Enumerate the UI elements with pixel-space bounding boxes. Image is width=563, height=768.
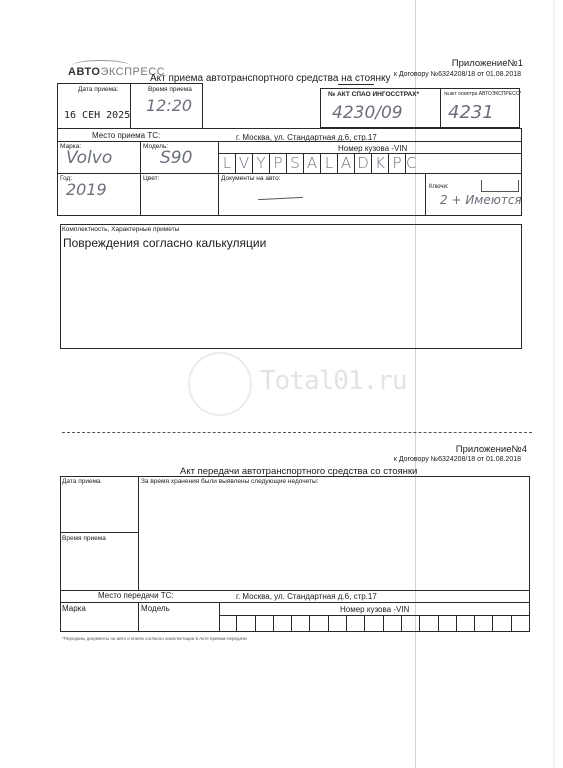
date-stamp[interactable]: 16 СЕН 2025	[64, 110, 130, 121]
brand-value[interactable]: Volvo	[66, 148, 112, 168]
vin-label: Номер кузова -VIN	[338, 144, 407, 153]
vin-char-cell[interactable]: L	[219, 154, 236, 173]
vin-char-cell[interactable]	[274, 616, 292, 632]
cut-line	[62, 432, 532, 433]
release-vin-input-row[interactable]	[219, 616, 530, 632]
vin-input-row[interactable]: LVYPSALADKPC	[219, 154, 416, 173]
vin-char-cell[interactable]	[219, 616, 237, 632]
defects-field[interactable]	[140, 492, 528, 588]
scan-edge	[553, 0, 555, 768]
date-label: Дата приема:	[78, 86, 118, 93]
vin-char-cell[interactable]	[439, 616, 457, 632]
vin-char-cell[interactable]: Y	[253, 154, 270, 173]
release-place-value: г. Москва, ул. Стандартная д.6, стр.17	[236, 592, 377, 601]
vin-char-cell[interactable]: C	[406, 154, 416, 173]
ingos-act-label: № АКТ СПАО ИНГОССТРАХ*	[328, 91, 419, 98]
defects-label: За время хранения были выявлены следующи…	[141, 478, 319, 485]
vin-char-cell[interactable]: A	[304, 154, 321, 173]
vin-char-cell[interactable]	[256, 616, 274, 632]
vin-char-cell[interactable]	[347, 616, 365, 632]
ingos-act-value[interactable]: 4230/09	[332, 103, 403, 123]
release-vin-label: Номер кузова -VIN	[340, 605, 409, 614]
appendix-4-label: Приложение№4	[456, 444, 527, 455]
model-value[interactable]: S90	[160, 148, 192, 168]
keys-bracket-mark	[481, 180, 519, 192]
keys-value[interactable]: 2 + Имеются	[440, 193, 522, 207]
footnote: *Переданы документы на авто и ключи согл…	[62, 636, 247, 641]
inspection-act-label: №акт осмотра АВТОЭКСПРЕСС*	[444, 91, 521, 97]
time-label: Время приема	[148, 86, 192, 93]
watermark-text: Total01.ru	[260, 366, 407, 396]
release-brand-label: Марка	[62, 604, 86, 613]
vin-char-cell[interactable]: K	[372, 154, 389, 173]
inspection-act-value[interactable]: 4231	[448, 102, 494, 123]
place-label: Место приема ТС:	[92, 131, 160, 140]
vin-char-cell[interactable]: L	[321, 154, 338, 173]
vin-char-cell[interactable]	[237, 616, 255, 632]
vin-char-cell[interactable]	[365, 616, 383, 632]
release-time-label: Время приема	[62, 535, 106, 542]
vin-char-cell[interactable]: V	[236, 154, 253, 173]
vin-char-cell[interactable]	[402, 616, 420, 632]
keys-label: Ключи:	[429, 184, 449, 190]
completeness-label: Комплектность, Характерные приметы	[62, 226, 179, 233]
time-value[interactable]: 12:20	[146, 96, 192, 115]
documents-label: Документы на авто:	[221, 175, 281, 182]
year-value[interactable]: 2019	[66, 180, 107, 199]
release-model-label: Модель	[141, 604, 170, 613]
color-label: Цвет:	[143, 175, 159, 182]
title-underline	[338, 84, 374, 85]
vin-char-cell[interactable]	[329, 616, 347, 632]
release-date-label: Дата приема	[62, 478, 101, 485]
vin-char-cell[interactable]: P	[389, 154, 406, 173]
vin-char-cell[interactable]	[512, 616, 530, 632]
vin-char-cell[interactable]: P	[270, 154, 287, 173]
vin-char-cell[interactable]: D	[355, 154, 372, 173]
release-place-label: Место передачи ТС:	[98, 591, 174, 600]
completeness-value[interactable]: Повреждения согласно калькуляции	[63, 236, 266, 250]
contract-reference-2: к Договору №6324208/18 от 01.08.2018	[394, 456, 521, 463]
vin-char-cell[interactable]: A	[338, 154, 355, 173]
watermark-car-icon	[188, 352, 252, 416]
vin-char-cell[interactable]	[493, 616, 511, 632]
vin-char-cell[interactable]	[310, 616, 328, 632]
vin-char-cell[interactable]: S	[287, 154, 304, 173]
vin-char-cell[interactable]	[420, 616, 438, 632]
vin-char-cell[interactable]	[475, 616, 493, 632]
vin-char-cell[interactable]	[457, 616, 475, 632]
vin-char-cell[interactable]	[384, 616, 402, 632]
vin-char-cell[interactable]	[292, 616, 310, 632]
appendix-1-label: Приложение№1	[452, 58, 523, 69]
contract-reference: к Договору №6324208/18 от 01.08.2018	[394, 71, 521, 78]
